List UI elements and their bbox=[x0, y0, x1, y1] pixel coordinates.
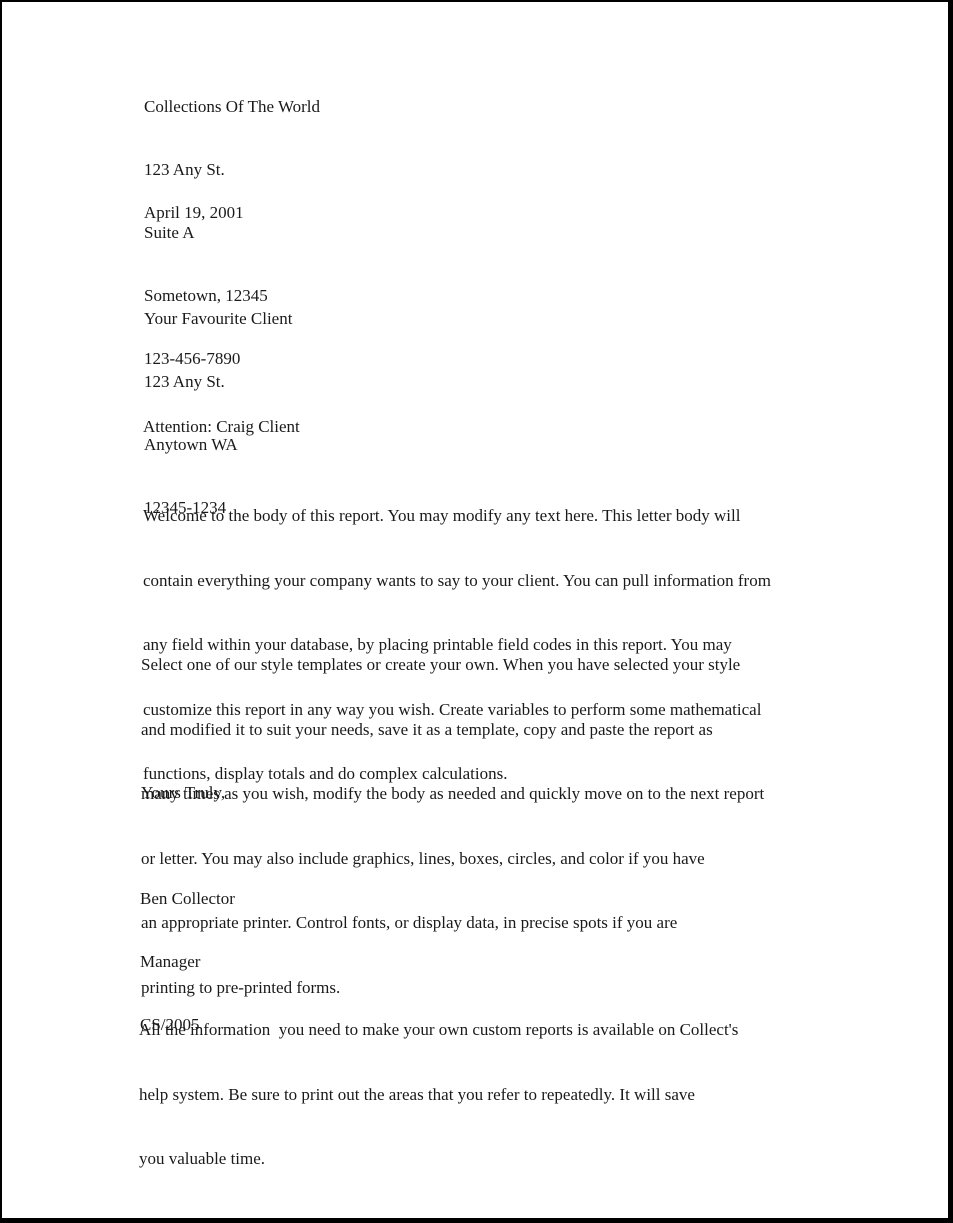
recipient-city: Anytown WA bbox=[144, 434, 292, 455]
footnote: All the information you need to make you… bbox=[139, 976, 738, 1213]
body-line: many times as you wish, modify the body … bbox=[141, 783, 764, 805]
letter-date: April 19, 2001 bbox=[144, 202, 244, 223]
footnote-line: All the information you need to make you… bbox=[139, 1019, 738, 1041]
sender-company: Collections Of The World bbox=[144, 96, 320, 117]
signer-title: Manager bbox=[140, 951, 235, 972]
footnote-line: you valuable time. bbox=[139, 1148, 738, 1170]
sender-suite: Suite A bbox=[144, 222, 320, 243]
recipient-street: 123 Any St. bbox=[144, 371, 292, 392]
sender-street: 123 Any St. bbox=[144, 159, 320, 180]
attention-line: Attention: Craig Client bbox=[143, 416, 300, 437]
body-line: contain everything your company wants to… bbox=[143, 570, 771, 592]
body-line: Welcome to the body of this report. You … bbox=[143, 505, 771, 527]
body-line: Select one of our style templates or cre… bbox=[141, 654, 764, 676]
footnote-line: help system. Be sure to print out the ar… bbox=[139, 1084, 738, 1106]
body-line: and modified it to suit your needs, save… bbox=[141, 719, 764, 741]
recipient-name: Your Favourite Client bbox=[144, 308, 292, 329]
closing: Yours Truly, bbox=[141, 782, 225, 803]
signer-name: Ben Collector bbox=[140, 888, 235, 909]
letter-page: Collections Of The World 123 Any St. Sui… bbox=[0, 0, 953, 1223]
